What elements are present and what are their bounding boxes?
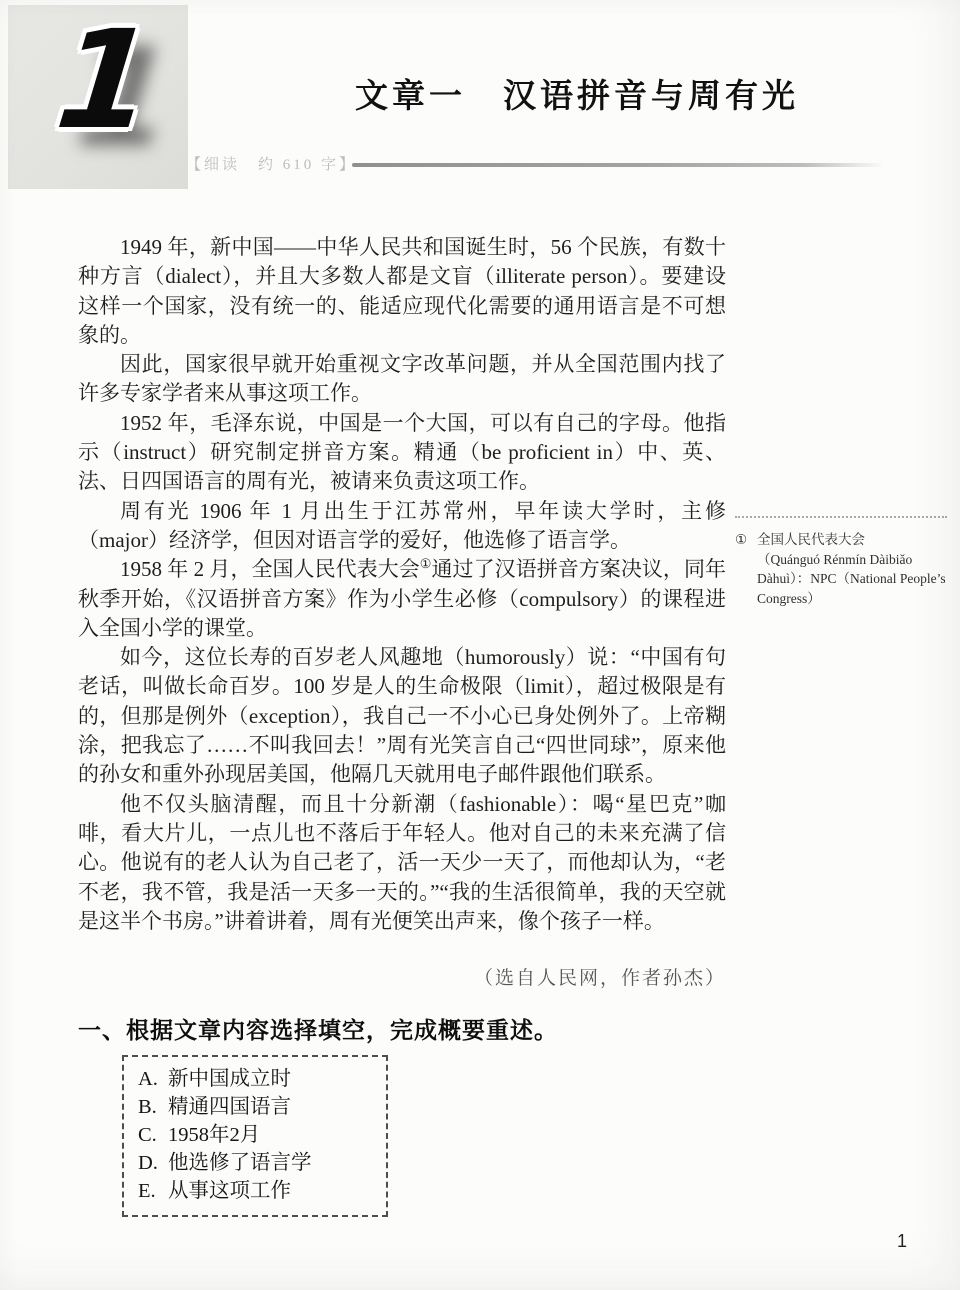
option-e-text: 从事这项工作 <box>168 1180 291 1202</box>
option-d-label: D. <box>138 1149 168 1177</box>
option-c-label: C. <box>138 1121 168 1149</box>
header-divider <box>352 163 884 167</box>
paragraph-6: 如今，这位长寿的百岁老人风趣地（humorously）说：“中国有句老话，叫做长… <box>78 643 726 789</box>
option-e-label: E. <box>138 1177 168 1205</box>
option-b: B.精通四国语言 <box>138 1093 376 1121</box>
option-a: A.新中国成立时 <box>138 1065 376 1093</box>
paragraph-1: 1949 年，新中国——中华人民共和国诞生时，56 个民族，有数十种方言（dia… <box>78 233 726 350</box>
page-number: 1 <box>897 1231 907 1252</box>
margin-note-body: ① 全国人民代表大会 （Quánguó Rénmín Dàibiǎo Dàhuì… <box>735 530 947 608</box>
chapter-number: 1 <box>51 13 160 149</box>
exercise-section: 一、根据文章内容选择填空，完成概要重述。 A.新中国成立时 B.精通四国语言 C… <box>78 1012 728 1217</box>
chapter-number-box: 1 <box>8 5 188 189</box>
options-box: A.新中国成立时 B.精通四国语言 C.1958年2月 D.他选修了语言学 E.… <box>122 1055 388 1217</box>
paragraph-2: 因此，国家很早就开始重视文字改革问题，并从全国范围内找了许多专家学者来从事这项工… <box>78 350 726 409</box>
option-e: E.从事这项工作 <box>138 1177 376 1205</box>
textbook-page: 1 文章一 汉语拼音与周有光 【细读 约 610 字】 1949 年，新中国——… <box>0 0 960 1290</box>
option-b-label: B. <box>138 1093 168 1121</box>
page-title: 文章一 汉语拼音与周有光 <box>355 70 775 117</box>
option-b-text: 精通四国语言 <box>168 1096 291 1118</box>
margin-note: ① 全国人民代表大会 （Quánguó Rénmín Dàibiǎo Dàhuì… <box>735 516 947 608</box>
option-c-text: 1958年2月 <box>168 1124 260 1146</box>
paragraph-3: 1952 年，毛泽东说，中国是一个大国，可以有自己的字母。他指示（instruc… <box>78 409 726 497</box>
option-a-text: 新中国成立时 <box>168 1068 291 1090</box>
option-d-text: 他选修了语言学 <box>168 1152 312 1174</box>
footnote-marker: ① <box>420 556 432 571</box>
margin-note-marker: ① <box>735 530 747 550</box>
source-attribution: （选自人民网，作者孙杰） <box>78 963 726 990</box>
exercise-heading: 一、根据文章内容选择填空，完成概要重述。 <box>78 1012 728 1045</box>
paragraph-4: 周有光 1906 年 1 月出生于江苏常州，早年读大学时，主修（major）经济… <box>78 497 726 556</box>
option-a-label: A. <box>138 1065 168 1093</box>
margin-note-term: 全国人民代表大会 <box>757 530 947 550</box>
option-d: D.他选修了语言学 <box>138 1149 376 1177</box>
paragraph-7: 他不仅头脑清醒，而且十分新潮（fashionable）：喝“星巴克”咖啡，看大片… <box>78 790 726 936</box>
paragraph-5: 1958 年 2 月，全国人民代表大会①通过了汉语拼音方案决议，同年秋季开始，《… <box>78 555 726 643</box>
paragraph-5-text: 1958 年 2 月，全国人民代表大会 <box>120 557 420 581</box>
reading-word-count-label: 【细读 约 610 字】 <box>186 153 357 174</box>
option-c: C.1958年2月 <box>138 1121 376 1149</box>
margin-note-definition: （Quánguó Rénmín Dàibiǎo Dàhuì）：NPC（Natio… <box>757 552 946 606</box>
article-body: 1949 年，新中国——中华人民共和国诞生时，56 个民族，有数十种方言（dia… <box>78 233 726 990</box>
